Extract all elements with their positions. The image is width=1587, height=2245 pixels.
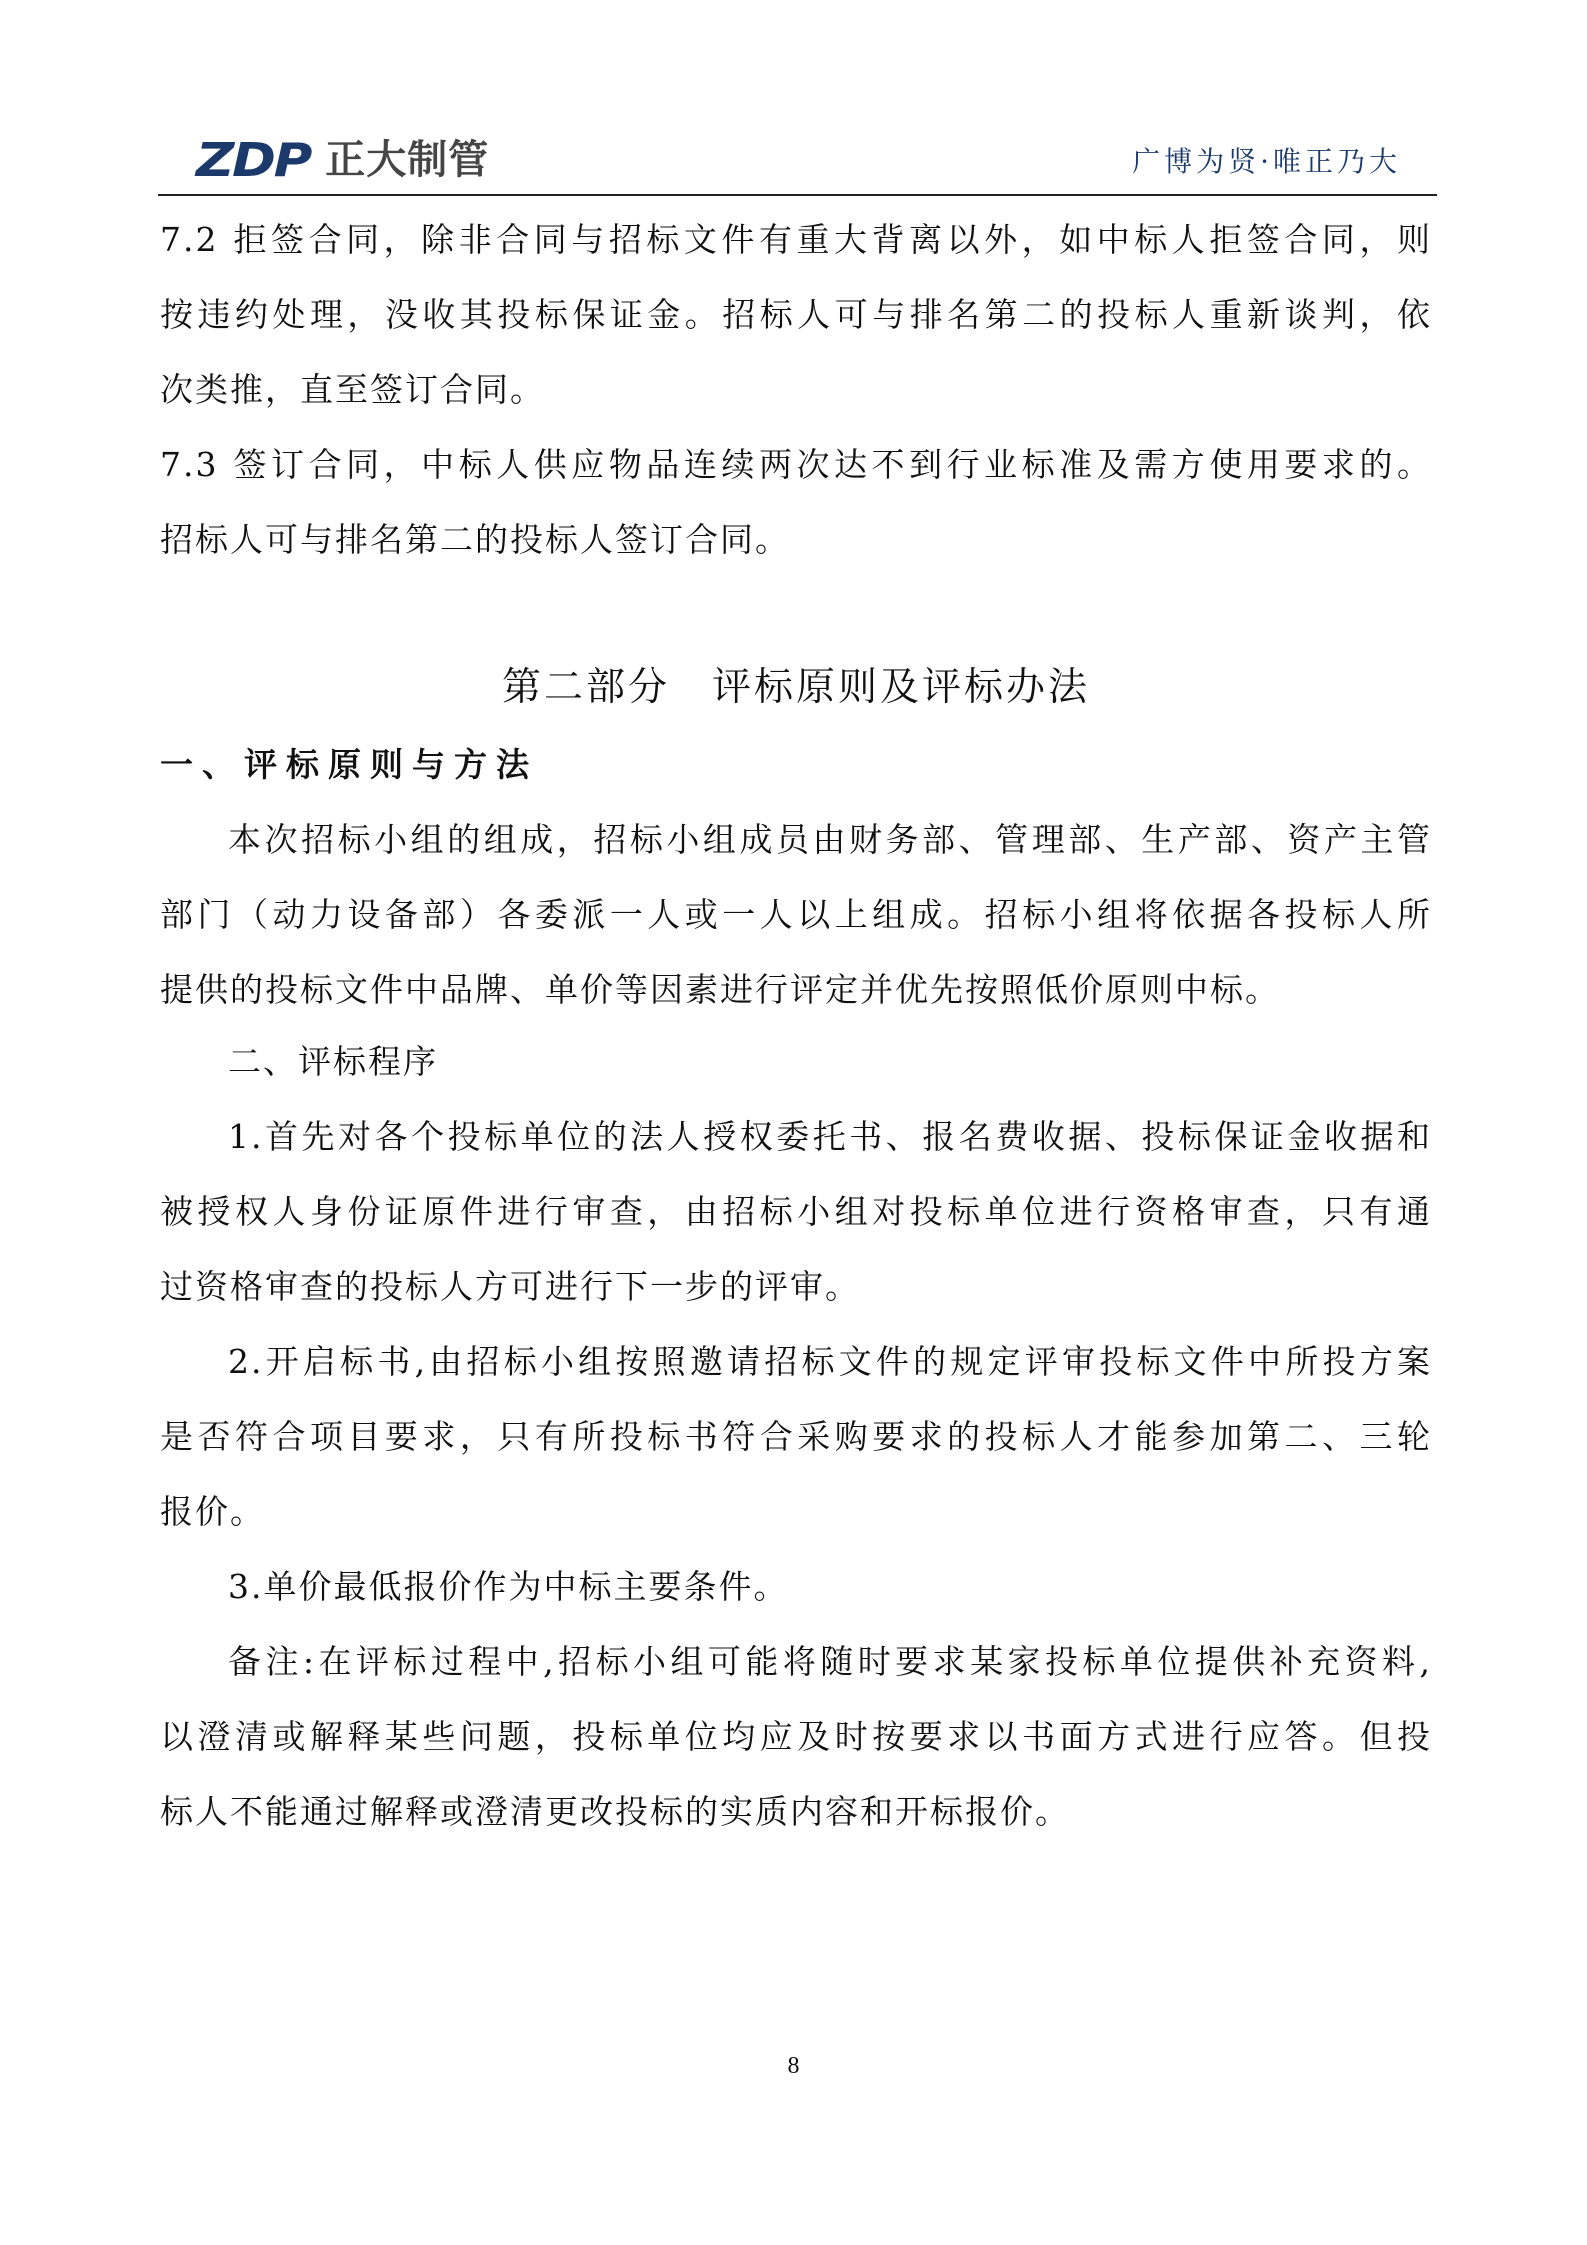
note-line: 标人不能通过解释或澄清更改投标的实质内容和开标报价。 [160, 1792, 1432, 1832]
note-line: 备注:在评标过程中,招标小组可能将随时要求某家投标单位提供补充资料, [160, 1642, 1432, 1682]
list-item-2-line: 是否符合项目要求，只有所投标书符合采购要求的投标人才能参加第二、三轮 [160, 1417, 1432, 1457]
section-heading: 一、评标原则与方法 [160, 745, 538, 785]
company-motto: 广博为贤·唯正乃大 [1132, 144, 1401, 180]
zdp-logo-mark: ZDP [196, 138, 310, 182]
list-item-2-line: 报价。 [160, 1492, 1432, 1532]
section-title: 第二部分 评标原则及评标办法 [160, 665, 1432, 711]
paragraph-line: 本次招标小组的组成，招标小组成员由财务部、管理部、生产部、资产主管 [160, 820, 1432, 860]
header-divider [158, 194, 1437, 196]
clause-7-2-line: 次类推，直至签订合同。 [160, 370, 1432, 410]
list-item-1-line: 过资格审查的投标人方可进行下一步的评审。 [160, 1267, 1432, 1307]
list-item-3-line: 3.单价最低报价作为中标主要条件。 [160, 1567, 1432, 1607]
subsection-heading: 二、评标程序 [160, 1042, 1432, 1082]
clause-7-2-line: 按违约处理，没收其投标保证金。招标人可与排名第二的投标人重新谈判，依 [160, 295, 1432, 335]
page-header: ZDP 正大制管 广博为贤·唯正乃大 [158, 120, 1437, 196]
clause-7-3-line: 7.3 签订合同，中标人供应物品连续两次达不到行业标准及需方使用要求的。 [160, 445, 1432, 485]
paragraph-line: 部门（动力设备部）各委派一人或一人以上组成。招标小组将依据各投标人所 [160, 895, 1432, 935]
note-line: 以澄清或解释某些问题，投标单位均应及时按要求以书面方式进行应答。但投 [160, 1717, 1432, 1757]
clause-7-2-line: 7.2 拒签合同，除非合同与招标文件有重大背离以外，如中标人拒签合同，则 [160, 220, 1432, 260]
list-item-2-line: 2.开启标书,由招标小组按照邀请招标文件的规定评审投标文件中所投方案 [160, 1342, 1432, 1382]
paragraph-line: 提供的投标文件中品牌、单价等因素进行评定并优先按照低价原则中标。 [160, 970, 1432, 1010]
list-item-1-line: 1.首先对各个投标单位的法人授权委托书、报名费收据、投标保证金收据和 [160, 1117, 1432, 1157]
page-number: 8 [0, 2052, 1587, 2080]
list-item-1-line: 被授权人身份证原件进行审查，由招标小组对投标单位进行资格审查，只有通 [160, 1192, 1432, 1232]
clause-7-3-line: 招标人可与排名第二的投标人签订合同。 [160, 520, 1432, 560]
company-logo: ZDP 正大制管 [196, 138, 489, 182]
company-name: 正大制管 [325, 138, 489, 182]
